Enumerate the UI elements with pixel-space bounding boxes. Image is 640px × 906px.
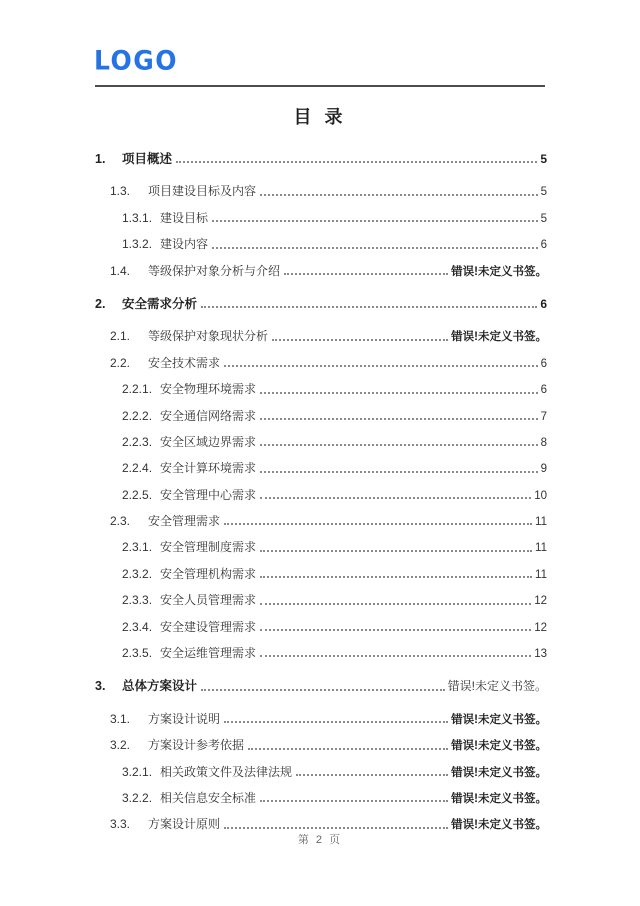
dot-leader-icon — [176, 161, 537, 163]
toc-entry-page: 12 — [534, 615, 547, 641]
toc-entry-page: 6 — [541, 351, 547, 377]
toc-entry-number: 1.3.1. — [122, 205, 160, 231]
toc-entry-number: 2.3.3. — [122, 587, 160, 613]
toc-entry-number: 1.3. — [110, 178, 148, 204]
header-divider — [95, 85, 545, 87]
toc-entry-page: 8 — [541, 430, 547, 456]
dot-leader-icon — [260, 550, 532, 552]
toc-entry-number: 3.2.1. — [122, 759, 160, 785]
dot-leader-icon — [248, 748, 448, 750]
toc-entry-label: 建设目标 — [160, 205, 208, 231]
toc-entry-label: 安全区域边界需求 — [160, 429, 256, 455]
toc-entry-page: 9 — [541, 456, 547, 482]
dot-leader-icon — [224, 721, 448, 723]
toc-entry-label: 安全管理需求 — [148, 508, 220, 534]
toc-entry-number: 2.2.2. — [122, 403, 160, 429]
toc-entry-page: 6 — [541, 232, 547, 258]
toc-entry-number: 2.2.1. — [122, 376, 160, 402]
toc-entry-number: 2.2.4. — [122, 455, 160, 481]
dot-leader-icon — [260, 629, 531, 631]
toc-entry-number: 3. — [95, 673, 122, 699]
toc-entry[interactable]: 1.3.1. 建设目标 5 — [95, 205, 547, 231]
toc-entry[interactable]: 2.2.5. 安全管理中心需求 10 — [95, 482, 547, 508]
dot-leader-icon — [224, 365, 538, 367]
toc-entry-label: 安全计算环境需求 — [160, 455, 256, 481]
toc-entry-label: 安全人员管理需求 — [160, 587, 256, 613]
toc-entry[interactable]: 3.2. 方案设计参考依据 错误!未定义书签。 — [95, 732, 547, 758]
toc-entry-page: 10 — [534, 483, 547, 509]
toc-entry-number: 2.3.4. — [122, 614, 160, 640]
dot-leader-icon — [224, 827, 448, 829]
toc-entry[interactable]: 2.2.3. 安全区域边界需求 8 — [95, 429, 547, 455]
toc-entry[interactable]: 3.2.1. 相关政策文件及法律法规 错误!未定义书签。 — [95, 759, 547, 785]
toc-entry[interactable]: 2.3.2. 安全管理机构需求 11 — [95, 561, 547, 587]
dot-leader-icon — [260, 655, 531, 657]
toc-entry[interactable]: 2.2.1. 安全物理环境需求 6 — [95, 376, 547, 402]
dot-leader-icon — [260, 444, 538, 446]
toc-entry-number: 2.3.2. — [122, 561, 160, 587]
toc-entry-label: 安全物理环境需求 — [160, 376, 256, 402]
toc-entry-page: 7 — [541, 404, 547, 430]
toc-entry-page: 错误!未定义书签。 — [448, 673, 547, 699]
toc-entry-number: 2.3. — [110, 508, 148, 534]
toc-entry[interactable]: 1. 项目概述 5 — [95, 146, 547, 172]
toc-entry[interactable]: 2. 安全需求分析 6 — [95, 291, 547, 317]
dot-leader-icon — [212, 247, 538, 249]
dot-leader-icon — [260, 418, 538, 420]
toc-entry-page: 错误!未定义书签。 — [451, 259, 547, 285]
toc-entry-label: 项目概述 — [122, 146, 172, 172]
dot-leader-icon — [201, 306, 537, 308]
toc-entry-label: 安全管理机构需求 — [160, 561, 256, 587]
dot-leader-icon — [260, 800, 448, 802]
toc-entry-page: 11 — [535, 509, 547, 535]
toc-entry[interactable]: 2.3. 安全管理需求 11 — [95, 508, 547, 534]
toc-entry-label: 总体方案设计 — [122, 673, 197, 699]
toc-entry-label: 安全运维管理需求 — [160, 640, 256, 666]
dot-leader-icon — [272, 339, 448, 341]
toc-entry-page: 13 — [534, 641, 547, 667]
toc-entry[interactable]: 2.2. 安全技术需求 6 — [95, 350, 547, 376]
dot-leader-icon — [260, 471, 538, 473]
toc-entry-page: 错误!未定义书签。 — [451, 733, 547, 759]
toc-entry-label: 安全技术需求 — [148, 350, 220, 376]
toc-entry-label: 方案设计参考依据 — [148, 732, 244, 758]
toc-entry[interactable]: 1.3.2. 建设内容 6 — [95, 231, 547, 257]
toc-entry-number: 1. — [95, 146, 122, 172]
dot-leader-icon — [224, 523, 532, 525]
dot-leader-icon — [260, 497, 531, 499]
toc-entry-number: 3.2.2. — [122, 785, 160, 811]
toc-entry-label: 等级保护对象现状分析 — [148, 323, 268, 349]
toc-entry[interactable]: 1.3. 项目建设目标及内容 5 — [95, 178, 547, 204]
toc-entry-number: 1.3.2. — [122, 231, 160, 257]
toc-entry-number: 2.3.5. — [122, 640, 160, 666]
toc-entry-page: 11 — [535, 562, 547, 588]
toc-entry[interactable]: 3. 总体方案设计 错误!未定义书签。 — [95, 673, 547, 699]
toc-entry[interactable]: 2.3.3. 安全人员管理需求 12 — [95, 587, 547, 613]
toc-entry-number: 2.3.1. — [122, 534, 160, 560]
toc-entry[interactable]: 2.3.1. 安全管理制度需求 11 — [95, 534, 547, 560]
toc-entry-label: 相关政策文件及法律法规 — [160, 759, 292, 785]
document-page: LOGO 目 录 1. 项目概述 5 1.3. 项目建设目标及内容 5 1.3.… — [0, 0, 640, 906]
toc-entry-number: 2.2. — [110, 350, 148, 376]
dot-leader-icon — [260, 392, 538, 394]
toc-entry[interactable]: 2.1. 等级保护对象现状分析 错误!未定义书签。 — [95, 323, 547, 349]
dot-leader-icon — [201, 689, 445, 691]
toc-entry[interactable]: 2.3.5. 安全运维管理需求 13 — [95, 640, 547, 666]
toc-entry[interactable]: 2.2.4. 安全计算环境需求 9 — [95, 455, 547, 481]
toc-entry-number: 2.1. — [110, 323, 148, 349]
toc-entry-label: 安全管理中心需求 — [160, 482, 256, 508]
toc-entry-page: 5 — [540, 146, 547, 172]
toc-entry[interactable]: 3.1. 方案设计说明 错误!未定义书签。 — [95, 706, 547, 732]
toc-entry-number: 3.2. — [110, 732, 148, 758]
dot-leader-icon — [260, 603, 531, 605]
toc-entry-number: 3.1. — [110, 706, 148, 732]
toc-title: 目 录 — [0, 103, 640, 129]
toc-entry-label: 项目建设目标及内容 — [148, 178, 256, 204]
dot-leader-icon — [260, 576, 532, 578]
toc-entry-page: 6 — [541, 377, 547, 403]
toc-entry-page: 5 — [541, 206, 547, 232]
company-logo: LOGO — [94, 45, 178, 75]
toc-entry-label: 方案设计说明 — [148, 706, 220, 732]
toc-entry-page: 12 — [534, 588, 547, 614]
toc-entry-page: 11 — [535, 535, 547, 561]
toc-entry[interactable]: 2.3.4. 安全建设管理需求 12 — [95, 614, 547, 640]
dot-leader-icon — [284, 273, 448, 275]
toc-entry-page: 6 — [540, 291, 547, 317]
toc-list: 1. 项目概述 5 1.3. 项目建设目标及内容 5 1.3.1. 建设目标 5… — [95, 139, 547, 838]
toc-entry-label: 安全建设管理需求 — [160, 614, 256, 640]
toc-entry-label: 安全管理制度需求 — [160, 534, 256, 560]
toc-entry-label: 安全通信网络需求 — [160, 403, 256, 429]
toc-entry-number: 2.2.3. — [122, 429, 160, 455]
dot-leader-icon — [212, 220, 538, 222]
toc-entry-number: 2.2.5. — [122, 482, 160, 508]
toc-entry-label: 等级保护对象分析与介绍 — [148, 258, 280, 284]
toc-entry[interactable]: 2.2.2. 安全通信网络需求 7 — [95, 403, 547, 429]
toc-entry-number: 1.4. — [110, 258, 148, 284]
toc-entry-page: 错误!未定义书签。 — [451, 707, 547, 733]
toc-entry-page: 错误!未定义书签。 — [451, 760, 547, 786]
dot-leader-icon — [260, 194, 538, 196]
dot-leader-icon — [296, 774, 448, 776]
toc-entry-number: 2. — [95, 291, 122, 317]
toc-entry-label: 安全需求分析 — [122, 291, 197, 317]
toc-entry-page: 错误!未定义书签。 — [451, 786, 547, 812]
toc-entry[interactable]: 3.2.2. 相关信息安全标准 错误!未定义书签。 — [95, 785, 547, 811]
page-number-footer: 第 2 页 — [0, 831, 640, 847]
toc-entry-label: 建设内容 — [160, 231, 208, 257]
toc-entry-label: 相关信息安全标准 — [160, 785, 256, 811]
toc-entry-page: 错误!未定义书签。 — [451, 324, 547, 350]
toc-entry[interactable]: 1.4. 等级保护对象分析与介绍 错误!未定义书签。 — [95, 258, 547, 284]
toc-entry-page: 5 — [541, 179, 547, 205]
